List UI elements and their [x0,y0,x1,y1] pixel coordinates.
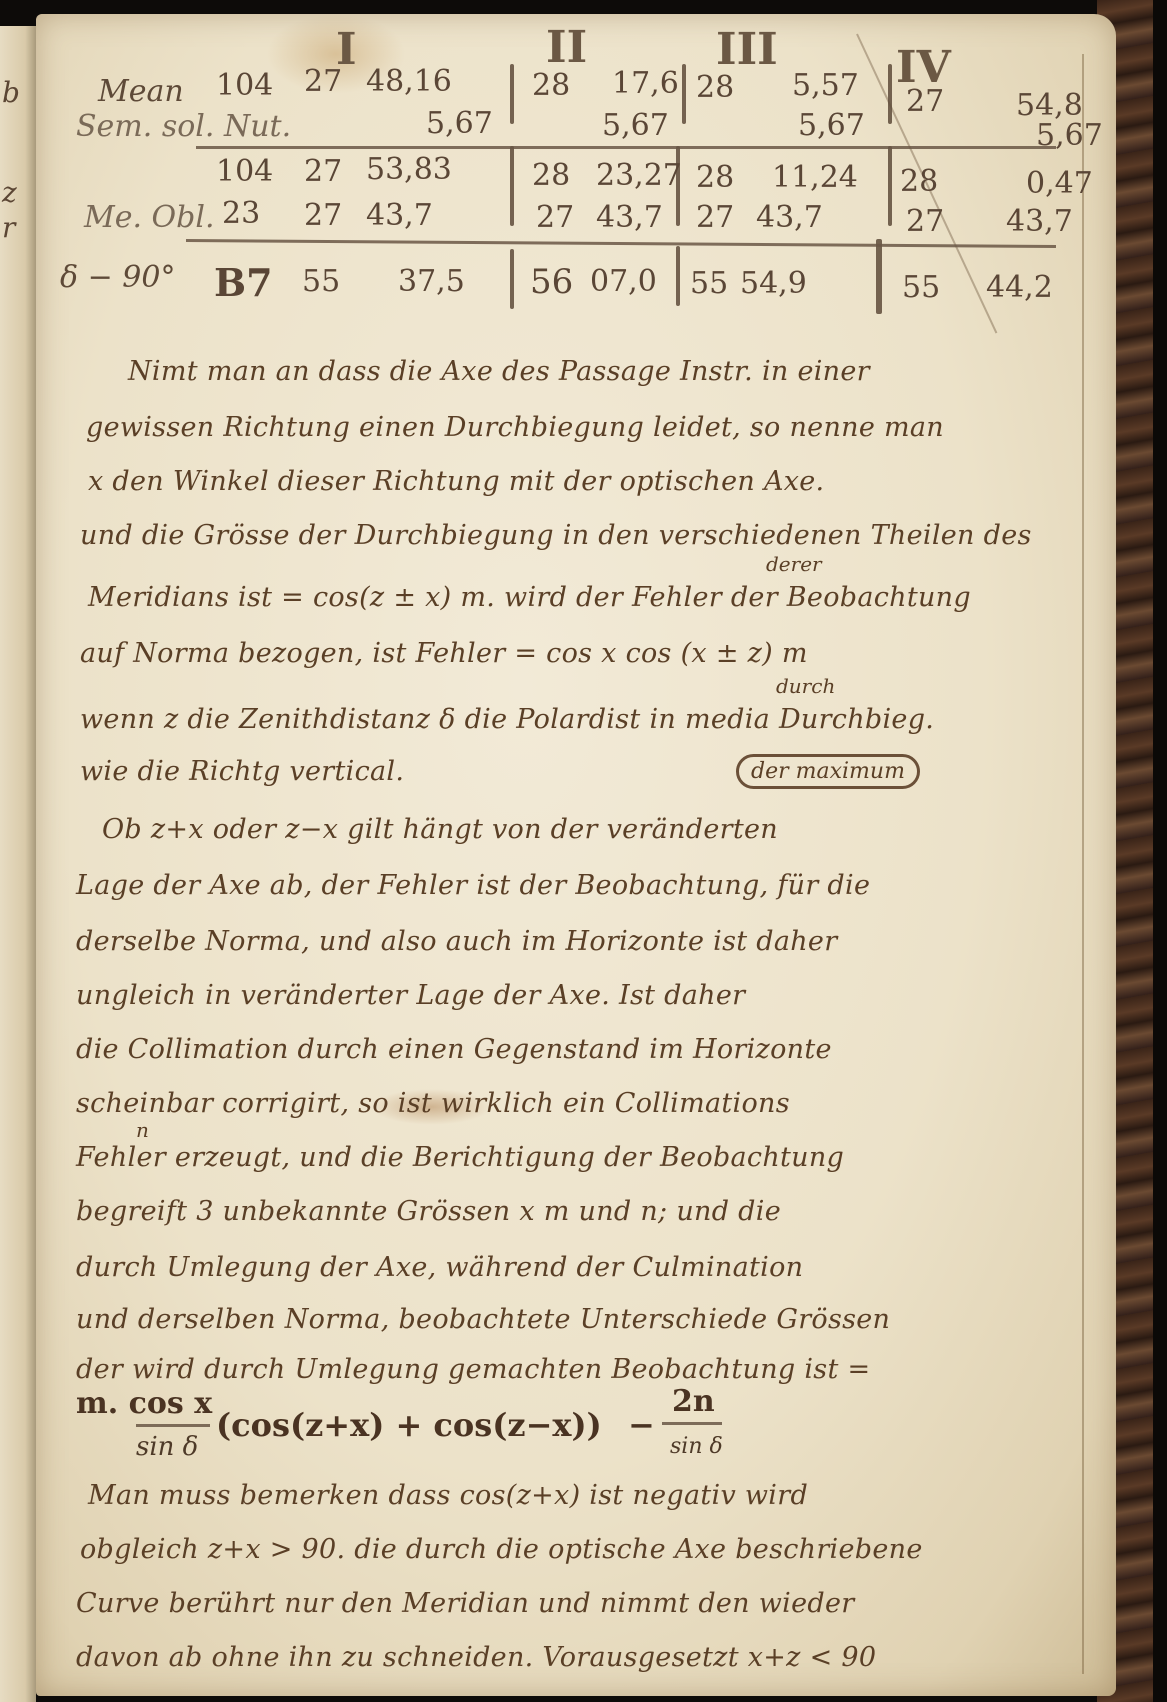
text-line: obgleich z+x > 90. die durch die optisch… [80,1534,923,1565]
formula-denominator-left: sin δ [136,1432,198,1462]
table-cell: 07,0 [590,264,657,299]
table-cell: 5,67 [426,106,493,141]
table-cell: 27 [304,198,342,233]
text-line: Curve berührt nur den Meridian und nimmt… [76,1588,854,1619]
text-line: davon ab ohne ihn zu schneiden. Vorausge… [76,1642,876,1673]
table-cell: 11,24 [772,160,858,195]
formula-minus: − [628,1406,655,1444]
text-line: der wird durch Umlegung gemachten Beobac… [76,1354,870,1385]
column-divider [682,64,686,124]
column-divider [510,249,514,309]
annotation-above: durch [776,674,835,698]
column-header-ii: II [546,22,587,73]
annotation-above: derer [766,552,822,576]
row-label-delta-minus-90: δ − 90° [60,260,175,295]
text-line: die Collimation durch einen Gegenstand i… [76,1034,832,1065]
table-rule [196,146,1056,149]
table-cell: 28 [900,164,938,199]
text-line: begreift 3 unbekannte Grössen x m und n;… [76,1196,781,1227]
text-line: scheinbar corrigirt, so ist wirklich ein… [76,1088,790,1119]
table-cell: 28 [696,70,734,105]
text-line: Fehler erzeugt, und die Berichtigung der… [76,1142,844,1173]
column-divider [510,64,514,124]
page-margin-rule [1082,54,1084,1674]
table-cell: 27 [304,154,342,189]
table-cell: 27 [536,200,574,235]
table-cell: 56 [530,262,573,302]
text-line: ungleich in veränderter Lage der Axe. Is… [76,980,745,1011]
text-line: Nimt man an dass die Axe des Passage Ins… [128,356,870,387]
table-cell: 44,2 [986,270,1053,305]
table-cell: 5,67 [1036,118,1103,153]
fraction-bar [662,1422,722,1425]
table-cell: 55 [302,264,340,299]
table-cell: 28 [696,160,734,195]
circled-note: der maximum [736,754,920,789]
table-cell: 5,57 [792,68,859,103]
table-cell: 104 [216,154,273,189]
table-cell: 27 [906,204,944,239]
table-cell: 48,16 [366,64,452,99]
table-cell: 28 [532,68,570,103]
table-cell: 27 [304,64,342,99]
table-cell: B7 [214,260,273,305]
text-line: und derselben Norma, beobachtete Untersc… [76,1304,890,1335]
table-cell: 23 [222,196,260,231]
table-cell: 37,5 [398,264,465,299]
text-line: gewissen Richtung einen Durchbiegung lei… [86,412,944,443]
text-line: x den Winkel dieser Richtung mit der opt… [88,466,824,497]
formula-minus-denominator: sin δ [670,1434,723,1459]
left-page-edge: b z r [0,26,36,1702]
text-line: und die Grösse der Durchbiegung in den v… [80,520,1032,551]
table-cell: 43,7 [366,198,433,233]
table-cell: 104 [216,68,273,103]
table-cell: 5,67 [798,108,865,143]
table-cell: 5,67 [602,108,669,143]
column-divider [876,239,882,314]
annotation-superscript: n [136,1118,149,1142]
formula-numerator-left: m. cos x [76,1386,212,1421]
table-cell: 0,47 [1026,166,1093,201]
left-page-fragment: r [2,211,15,244]
table-cell: 55 [902,270,940,305]
table-cell: 54,9 [740,266,807,301]
column-divider [676,246,680,306]
table-rule [186,239,1056,248]
row-label-mean-obliquity: Me. Obl. [84,200,214,235]
manuscript-page: I II III IV Mean 104 27 48,16 28 17,6 28… [36,14,1116,1696]
column-divider [888,64,892,124]
table-cell: 27 [906,84,944,119]
column-divider [888,146,892,226]
text-line: Meridians ist = cos(z ± x) m. wird der F… [88,582,971,613]
text-line: wenn z die Zenithdistanz δ die Polardist… [80,704,934,735]
formula-minus-numerator: 2n [672,1384,715,1419]
column-header-iii: III [716,24,778,75]
table-cell: 43,7 [756,200,823,235]
table-cell: 43,7 [1006,204,1073,239]
table-cell: 28 [532,158,570,193]
left-page-fragment: z [2,176,17,209]
table-cell: 23,27 [596,158,682,193]
text-line: auf Norma bezogen, ist Fehler = cos x co… [80,638,808,669]
text-line: Man muss bemerken dass cos(z+x) ist nega… [88,1480,808,1511]
text-line: Ob z+x oder z−x gilt hängt von der verän… [102,814,778,845]
row-label-mean: Mean [98,74,184,109]
left-page-fragment: b [2,76,20,109]
text-line: derselbe Norma, und also auch im Horizon… [76,926,837,957]
fraction-bar [136,1424,210,1427]
table-cell: 43,7 [596,200,663,235]
table-cell: 53,83 [366,152,452,187]
text-line: wie die Richtg vertical. [80,756,404,787]
column-divider [510,146,514,226]
table-cell: 55 [690,266,728,301]
text-line: durch Umlegung der Axe, während der Culm… [76,1252,803,1283]
table-cell: 27 [696,200,734,235]
formula-bracket: (cos(z+x) + cos(z−x)) [216,1406,602,1444]
row-label-sem-sol-nut: Sem. sol. Nut. [76,109,291,144]
text-line: Lage der Axe ab, der Fehler ist der Beob… [76,870,870,901]
table-cell: 17,6 [612,66,679,101]
